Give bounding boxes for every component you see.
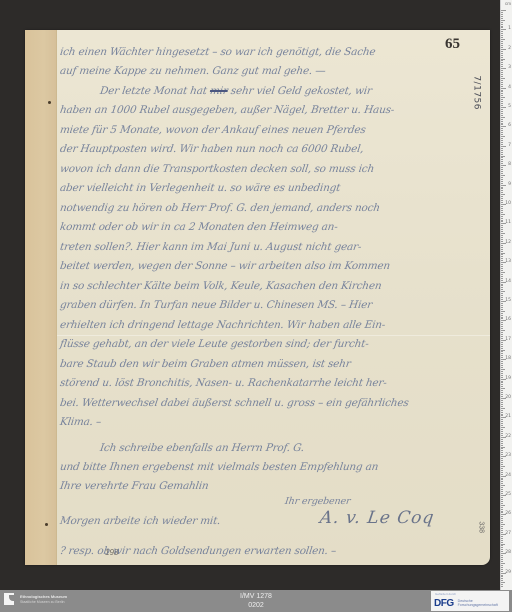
letter-line: treten sollen?. Hier kann im Mai Juni u.… xyxy=(59,241,362,253)
ruler-tick xyxy=(501,462,503,463)
archive-annotation-bottom: 338 xyxy=(478,521,485,533)
letter-line: erhielten ich dringend lettage Nachricht… xyxy=(59,319,386,331)
ruler-tick xyxy=(501,33,503,34)
ruler-tick xyxy=(501,386,503,387)
ruler-tick xyxy=(501,468,503,469)
ruler-tick xyxy=(501,177,503,178)
ruler-tick xyxy=(501,136,505,137)
ruler-label: 26 xyxy=(505,511,511,516)
letter-line: störend u. löst Bronchitis, Nasen- u. Ra… xyxy=(59,377,387,389)
ruler-tick xyxy=(501,130,503,131)
ruler-tick xyxy=(501,507,503,508)
ruler-tick xyxy=(501,441,503,442)
ruler-label: 24 xyxy=(505,473,511,478)
ruler-label: 17 xyxy=(505,337,511,342)
ruler-tick xyxy=(501,303,503,304)
letter-line: Morgen arbeite ich wieder mit. xyxy=(59,515,221,527)
letter-line: notwendig zu hören ob Herr Prof. G. den … xyxy=(59,202,381,214)
footer-bar: Ethnologisches Museum Staatliche Museen … xyxy=(0,590,512,612)
ruler-tick xyxy=(501,419,503,420)
ruler-label: 21 xyxy=(505,414,511,419)
dfg-funded-label: Gefördert durch xyxy=(435,592,456,596)
ruler-tick xyxy=(501,542,503,543)
ruler-tick xyxy=(501,377,503,378)
ruler-tick xyxy=(501,551,503,552)
ruler-label: 22 xyxy=(505,434,511,439)
ruler-tick xyxy=(501,233,505,234)
ruler-tick xyxy=(501,196,503,197)
ruler-tick xyxy=(501,408,505,409)
ruler-tick xyxy=(501,150,503,151)
binding-hole xyxy=(48,101,51,104)
ruler-label: 4 xyxy=(508,85,511,90)
ruler-tick xyxy=(501,322,503,323)
ruler-tick xyxy=(501,64,503,65)
letter-line: Ihre verehrte Frau Gemahlin xyxy=(59,480,209,492)
document-viewer: 65 7/1756 338 198 ich einen Wächter hing… xyxy=(0,0,512,612)
ruler-tick xyxy=(501,483,503,484)
ruler-tick xyxy=(501,157,503,158)
ruler-tick xyxy=(501,82,503,83)
ruler-tick xyxy=(501,355,503,356)
ruler-tick xyxy=(501,84,503,85)
ruler-tick xyxy=(501,520,503,521)
ruler-tick xyxy=(501,192,503,193)
ruler-tick xyxy=(501,348,503,349)
ruler-tick xyxy=(501,309,503,310)
ruler-unit: cm xyxy=(505,1,511,6)
page-number: 65 xyxy=(445,36,460,53)
ruler-tick xyxy=(501,412,503,413)
ruler-tick xyxy=(501,487,503,488)
ruler-tick xyxy=(501,167,503,168)
ruler-tick xyxy=(501,27,503,28)
ruler-tick xyxy=(501,29,506,30)
ruler-tick xyxy=(501,35,503,36)
ruler-tick xyxy=(501,536,503,537)
ruler-tick xyxy=(501,161,503,162)
ruler-label: 5 xyxy=(508,104,511,109)
ruler-label: 18 xyxy=(505,356,511,361)
ruler-tick xyxy=(501,571,503,572)
ruler-label: 6 xyxy=(508,123,511,128)
ruler-tick xyxy=(501,190,503,191)
ruler-tick xyxy=(501,109,503,110)
ruler-tick xyxy=(501,194,505,195)
ruler-tick xyxy=(501,111,503,112)
ruler-tick xyxy=(501,435,503,436)
ruler-tick xyxy=(501,555,503,556)
ruler-tick xyxy=(501,187,503,188)
ruler-tick xyxy=(501,580,503,581)
ruler-tick xyxy=(501,410,503,411)
ruler-tick xyxy=(501,206,503,207)
ruler-tick xyxy=(501,188,503,189)
ruler-tick xyxy=(501,388,505,389)
ruler-tick xyxy=(501,80,503,81)
letter-line: bei. Wetterwechsel dabei äußerst schnell… xyxy=(59,397,409,409)
ruler-tick xyxy=(501,478,503,479)
ruler-tick xyxy=(501,39,505,40)
ruler-tick xyxy=(501,544,505,545)
ruler-tick xyxy=(501,115,503,116)
ruler-tick xyxy=(501,253,505,254)
ruler-label: 19 xyxy=(505,376,511,381)
ruler-tick xyxy=(501,181,503,182)
ruler-tick xyxy=(501,144,503,145)
ruler-tick xyxy=(501,404,503,405)
ruler-tick xyxy=(501,266,503,267)
ruler-tick xyxy=(501,454,503,455)
ruler-tick xyxy=(501,371,503,372)
ruler-tick xyxy=(501,278,503,279)
ruler-tick xyxy=(501,260,503,261)
ruler-tick xyxy=(501,489,503,490)
ruler-tick xyxy=(501,249,503,250)
letter-line: wovon ich dann die Transportkosten decke… xyxy=(59,163,375,175)
ruler-tick xyxy=(501,433,503,434)
letter-text: Der letzte Monat hat xyxy=(99,85,208,97)
ruler-tick xyxy=(501,12,503,13)
ruler-label: 23 xyxy=(505,453,511,458)
ruler-tick xyxy=(501,154,503,155)
ruler-tick xyxy=(501,274,503,275)
ruler-tick xyxy=(501,394,503,395)
ruler-tick xyxy=(501,258,503,259)
ruler-label: 8 xyxy=(508,162,511,167)
ruler-tick xyxy=(501,256,503,257)
ruler-tick xyxy=(501,86,503,87)
ruler-tick xyxy=(501,470,503,471)
ruler-tick xyxy=(501,132,503,133)
ruler-tick xyxy=(501,518,503,519)
ruler-tick xyxy=(501,53,503,54)
ruler-tick xyxy=(501,311,505,312)
ruler-label: 20 xyxy=(505,395,511,400)
ruler-tick xyxy=(501,251,503,252)
ruler-tick xyxy=(501,565,503,566)
ruler-tick xyxy=(501,18,503,19)
ruler-tick xyxy=(501,365,503,366)
ruler-label: 3 xyxy=(508,65,511,70)
ruler-tick xyxy=(501,270,503,271)
ruler-tick xyxy=(501,402,503,403)
ruler-tick xyxy=(501,344,503,345)
ruler-tick xyxy=(501,390,503,391)
ruler-tick xyxy=(501,212,503,213)
letter-line: ich einen Wächter hingesetzt – so war ic… xyxy=(59,46,376,58)
ruler-tick xyxy=(501,328,503,329)
ruler-tick xyxy=(501,76,503,77)
ruler-tick xyxy=(501,105,503,106)
ruler-tick xyxy=(501,326,503,327)
ruler-tick xyxy=(501,445,503,446)
ruler-label: 13 xyxy=(505,259,511,264)
ruler-tick xyxy=(501,152,503,153)
ruler-tick xyxy=(501,350,505,351)
ruler-tick xyxy=(501,318,503,319)
ruler-tick xyxy=(501,119,503,120)
ruler-tick xyxy=(501,582,505,583)
ruler-tick xyxy=(501,509,503,510)
ruler-tick xyxy=(501,247,503,248)
letter-line: flüsse gehabt, an der viele Leute gestor… xyxy=(59,338,369,350)
ruler-tick xyxy=(501,99,503,100)
ruler-tick xyxy=(501,522,503,523)
postscript-line: ? resp. ob wir nach Goldsendungen erwart… xyxy=(59,545,337,557)
ruler-tick xyxy=(501,183,503,184)
ruler-tick xyxy=(501,284,503,285)
ruler-tick xyxy=(501,200,503,201)
ruler-label: 28 xyxy=(505,550,511,555)
dfg-logo-icon: DFG xyxy=(434,598,454,609)
ruler-tick xyxy=(501,512,503,513)
ruler-tick xyxy=(501,530,503,531)
ruler-tick xyxy=(501,578,503,579)
letter-line: bare Staub den wir beim Graben atmen müs… xyxy=(59,358,351,370)
ruler-tick xyxy=(501,268,503,269)
ruler-tick xyxy=(501,414,503,415)
ruler-tick xyxy=(501,499,503,500)
ruler-tick xyxy=(501,124,503,125)
ruler-label: 14 xyxy=(505,279,511,284)
ruler-tick xyxy=(501,49,506,50)
ruler-tick xyxy=(501,526,503,527)
ruler-tick xyxy=(501,567,503,568)
ruler-label: 29 xyxy=(505,570,511,575)
ruler-tick xyxy=(501,16,503,17)
binding-hole xyxy=(45,523,48,526)
ruler-tick xyxy=(501,297,503,298)
ruler-tick xyxy=(501,443,503,444)
ruler-tick xyxy=(501,373,503,374)
ruler-tick xyxy=(501,334,503,335)
dfg-name: Deutsche Forschungsgemeinschaft xyxy=(458,599,498,608)
ruler-tick xyxy=(501,423,503,424)
ruler-tick xyxy=(501,24,503,25)
ruler-tick xyxy=(501,545,503,546)
ruler-tick xyxy=(501,43,503,44)
ruler-label: 25 xyxy=(505,492,511,497)
ruler-tick xyxy=(501,332,503,333)
letter-line: und bitte Ihnen ergebenst mit vielmals b… xyxy=(59,461,379,473)
letter-line: Der letzte Monat hat mir sehr viel Geld … xyxy=(99,85,372,97)
ruler-tick xyxy=(501,299,503,300)
ruler-tick xyxy=(501,220,503,221)
ruler-tick xyxy=(501,173,503,174)
letter-line: der Hauptposten wird. Wir haben nun noch… xyxy=(59,143,364,155)
letter-line: graben dürfen. In Turfan neue Bilder u. … xyxy=(59,299,373,311)
ruler-tick xyxy=(501,511,503,512)
signature: A. v. Le Coq xyxy=(319,508,436,528)
ruler-tick xyxy=(501,146,506,147)
letter-line: in so schlechter Kälte beim Volk, Keule,… xyxy=(59,280,382,292)
ruler-tick xyxy=(501,239,503,240)
ruler-tick xyxy=(501,575,503,576)
letter-line: auf meine Kappe zu nehmen. Ganz gut mal … xyxy=(59,65,326,77)
ruler-tick xyxy=(501,497,503,498)
ruler-tick xyxy=(501,524,505,525)
ruler-tick xyxy=(501,293,503,294)
ruler-tick xyxy=(501,384,503,385)
ruler-tick xyxy=(501,216,503,217)
ruler-tick xyxy=(501,491,503,492)
ruler-tick xyxy=(501,439,503,440)
ruler-tick xyxy=(501,561,503,562)
ruler-tick xyxy=(501,20,505,21)
ruler-tick xyxy=(501,392,503,393)
ruler-tick xyxy=(501,60,503,61)
ruler-tick xyxy=(501,481,503,482)
ruler-tick xyxy=(501,66,503,67)
ruler-tick xyxy=(501,289,503,290)
ruler-tick xyxy=(501,241,503,242)
ruler-tick xyxy=(501,547,503,548)
ruler-label: 12 xyxy=(505,240,511,245)
scan-area: 65 7/1756 338 198 ich einen Wächter hing… xyxy=(0,0,500,590)
ruler-tick xyxy=(501,563,505,564)
ruler-tick xyxy=(501,313,503,314)
ruler-tick xyxy=(501,503,503,504)
ruler-tick xyxy=(501,291,505,292)
ruler-tick xyxy=(501,210,503,211)
dfg-branding: Gefördert durch DFG Deutsche Forschungsg… xyxy=(431,591,509,611)
ruler-tick xyxy=(501,225,503,226)
ruler-tick xyxy=(501,78,505,79)
ruler-tick xyxy=(501,363,503,364)
ruler-tick xyxy=(501,179,503,180)
ruler-tick xyxy=(501,415,503,416)
ruler-tick xyxy=(501,479,503,480)
letter-line: miete für 5 Monate, wovon der Ankauf ein… xyxy=(59,124,366,136)
ruler-label: 2 xyxy=(508,46,511,51)
ruler-tick xyxy=(501,121,503,122)
ruler-label: 9 xyxy=(508,182,511,187)
ruler-tick xyxy=(501,22,503,23)
ruler-tick xyxy=(501,235,503,236)
ruler-tick xyxy=(501,142,503,143)
ruler-tick xyxy=(501,357,503,358)
ruler-tick xyxy=(501,14,503,15)
ruler-tick xyxy=(501,57,503,58)
ruler-tick xyxy=(501,429,503,430)
ruler-tick xyxy=(501,540,503,541)
ruler-tick xyxy=(501,237,503,238)
letter-sheet: 65 7/1756 338 198 ich einen Wächter hing… xyxy=(25,30,490,565)
ruler-tick xyxy=(501,557,503,558)
ruler-tick xyxy=(501,202,503,203)
ruler-tick xyxy=(501,295,503,296)
ruler-tick xyxy=(501,458,503,459)
ruler-tick xyxy=(501,460,503,461)
ruler-tick xyxy=(501,382,503,383)
ruler-tick xyxy=(501,101,503,102)
ruler-tick xyxy=(501,586,503,587)
ruler-tick xyxy=(501,485,505,486)
ruler-tick xyxy=(501,532,503,533)
ruler-tick xyxy=(501,272,505,273)
ruler-tick xyxy=(501,45,503,46)
ruler-tick xyxy=(501,93,503,94)
ruler-tick xyxy=(501,276,503,277)
ruler-tick xyxy=(501,140,503,141)
ruler-tick xyxy=(501,464,503,465)
ruler-tick xyxy=(501,369,505,370)
ruler-tick xyxy=(501,549,503,550)
ruler-tick xyxy=(501,47,503,48)
ruler-tick xyxy=(501,175,505,176)
ruler-tick xyxy=(501,208,503,209)
ruler-tick xyxy=(501,396,503,397)
ruler-tick xyxy=(501,336,503,337)
binding-strip xyxy=(25,30,57,565)
ruler-tick xyxy=(501,450,503,451)
ruler-tick xyxy=(501,264,503,265)
ruler-tick xyxy=(501,10,506,11)
ruler-tick xyxy=(501,330,505,331)
ruler-label: 15 xyxy=(505,298,511,303)
ruler-tick xyxy=(501,31,503,32)
ruler-tick xyxy=(501,287,503,288)
ruler-tick xyxy=(501,307,503,308)
dfg-name-line2: Forschungsgemeinschaft xyxy=(458,603,498,608)
ruler-tick xyxy=(501,447,505,448)
ruler-tick xyxy=(501,493,503,494)
ruler-tick xyxy=(501,88,506,89)
ruler-tick xyxy=(501,280,503,281)
ruler-tick xyxy=(501,218,503,219)
ruler-tick xyxy=(501,406,503,407)
letter-line: kommt oder ob wir in ca 2 Monaten den He… xyxy=(59,221,338,233)
ruler-tick xyxy=(501,74,503,75)
ruler-tick xyxy=(501,559,503,560)
ruler-tick xyxy=(501,26,503,27)
ruler-tick xyxy=(501,148,503,149)
ruler-tick xyxy=(501,351,503,352)
ruler-label: 7 xyxy=(508,143,511,148)
ruler-tick xyxy=(501,169,503,170)
ruler-tick xyxy=(501,346,503,347)
ruler-tick xyxy=(501,70,503,71)
ruler-tick xyxy=(501,538,503,539)
ruler-tick xyxy=(501,68,506,69)
ruler-tick xyxy=(501,361,503,362)
fold-line xyxy=(57,335,490,336)
ruler-tick xyxy=(501,123,503,124)
ruler-tick xyxy=(501,138,503,139)
letter-line: Klima. – xyxy=(59,416,102,428)
ruler-tick xyxy=(501,400,503,401)
letter-line: Ich schreibe ebenfalls an Herrn Prof. G. xyxy=(99,442,305,454)
ruler-label: 10 xyxy=(505,201,511,206)
ruler-tick xyxy=(501,126,506,127)
ruler-tick xyxy=(501,516,503,517)
ruler-tick xyxy=(501,254,503,255)
ruler-tick xyxy=(501,452,503,453)
ruler-tick xyxy=(501,466,505,467)
ruler-tick xyxy=(501,134,503,135)
ruler-tick xyxy=(501,305,503,306)
ruler-tick xyxy=(501,221,503,222)
ruler-tick xyxy=(501,317,503,318)
ruler-tick xyxy=(501,505,505,506)
ruler-tick xyxy=(501,421,503,422)
letter-text: sehr viel Geld gekostet, wir xyxy=(230,85,373,97)
ruler-tick xyxy=(501,474,503,475)
ruler-tick xyxy=(501,501,503,502)
ruler-tick xyxy=(501,62,503,63)
ruler-tick xyxy=(501,185,506,186)
